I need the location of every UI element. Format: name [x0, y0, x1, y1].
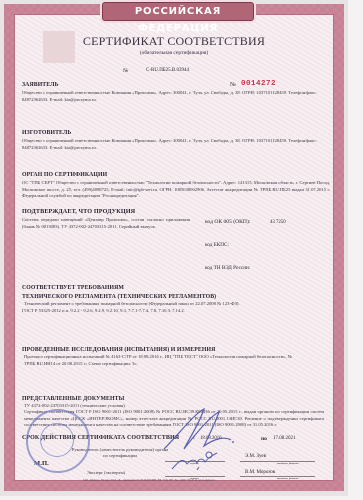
certificate: РОССИЙСКАЯ ФЕДЕРАЦИЯ СЕРТИФИКАТ СООТВЕТС… [4, 4, 344, 491]
applicant-heading: ЗАЯВИТЕЛЬ [22, 82, 59, 88]
manufacturer-heading: ИЗГОТОВИТЕЛЬ [22, 130, 71, 136]
compliance-heading: СООТВЕТСТВУЕТ ТРЕБОВАНИЯМ [22, 285, 124, 291]
cert-number-label: № [123, 68, 128, 74]
regulation-line-1: Технический регламент о требованиях пожа… [24, 301, 240, 308]
manufacturer-text: Общество с ограниченной ответственностью… [22, 138, 322, 151]
expert-signature-icon [169, 449, 224, 474]
expert-name: В.М. Морозов [245, 470, 275, 475]
cert-number: C-RU.ПБ25.В.03944 [146, 68, 189, 73]
tests-text: Протокол сертификационных испытаний № 41… [24, 354, 294, 367]
regulation-line-2: ГОСТ Р 53325-2012 п.п. 9.2.2 - 9.2.6, 9.… [22, 308, 185, 315]
expert-name-caption: инициалы, фамилия [277, 477, 298, 480]
certification-body-heading: ОРГАН ПО СЕРТИФИКАЦИИ [22, 172, 107, 178]
country-banner: РОССИЙСКАЯ ФЕДЕРАЦИЯ [102, 2, 254, 21]
documents-heading: ПРЕДСТАВЛЕННЫЕ ДОКУМЕНТЫ [22, 396, 124, 402]
document-subtitle: (обязательная сертификация) [15, 50, 333, 56]
validity-to-label: по [261, 436, 267, 442]
head-signature-icon [159, 404, 239, 454]
ekps-code-label: код ЕКПС: [205, 242, 229, 248]
okp-code-label: код ОК 005 (ОКП): [205, 219, 250, 225]
official-stamp [26, 409, 90, 473]
validity-to-date: 17.08.2021 [273, 436, 296, 441]
expert-label: Эксперт (эксперты) [87, 470, 125, 477]
tnved-code-label: код ТН ВЭД России: [205, 265, 250, 271]
blank-number-label: № [230, 82, 236, 88]
product-heading: ПОДТВЕРЖДАЕТ, ЧТО ПРОДУКЦИЯ [22, 208, 135, 215]
regulation-heading: ТЕХНИЧЕСКОГО РЕГЛАМЕНТА (ТЕХНИЧЕСКИХ РЕГ… [22, 294, 216, 300]
blank-number: 0014272 [241, 80, 276, 88]
okp-code-value: 43 7250 [270, 220, 286, 225]
printer-footer: ЗАО «Опцион», Москва, 2014, «Б», лицензи… [83, 479, 215, 482]
head-name-caption: инициалы, фамилия [277, 462, 298, 465]
certification-body-text: ОС "ТПБ СЕРТ" Общество с ограниченной от… [22, 180, 330, 200]
applicant-text: Общество с ограниченной ответственностью… [22, 90, 322, 103]
product-text: Система передачи извещений «Центавр Прок… [22, 217, 190, 230]
head-signatory-name: Э.М. Зуев [245, 454, 266, 459]
tests-heading: ПРОВЕДЕННЫЕ ИССЛЕДОВАНИЯ (ИСПЫТАНИЯ) И И… [22, 347, 215, 353]
